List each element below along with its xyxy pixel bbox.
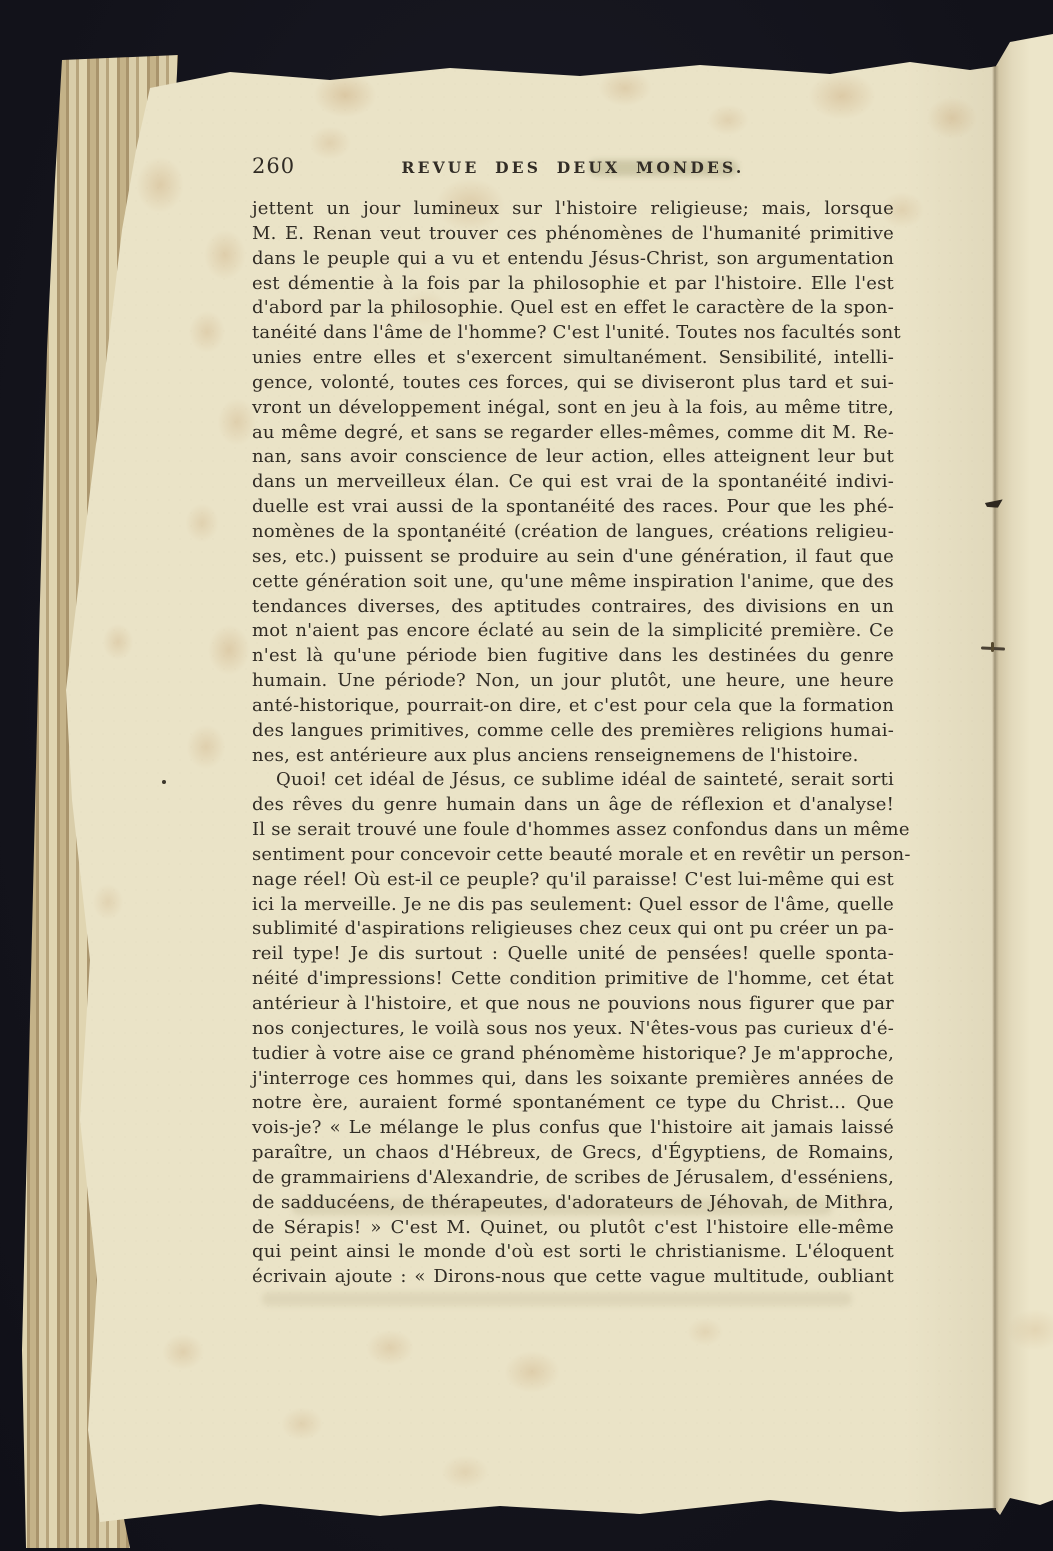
text-line: ses, etc.) puissent se produire au sein … (252, 545, 894, 570)
body-text: jettent un jour lumineux sur l'histoire … (252, 197, 894, 1290)
paragraph: Quoi! cet idéal de Jésus, ce sublime idé… (252, 768, 894, 1290)
text-line: gence, volonté, toutes ces forces, qui s… (252, 371, 894, 396)
gutter-crease (992, 66, 999, 1510)
journal-title: REVUE DES DEUX MONDES. (252, 158, 894, 177)
show-through-smudge (262, 1292, 852, 1306)
text-line: anté-historique, pourrait-on dire, et c'… (252, 694, 894, 719)
text-line: nos conjectures, le voilà sous nos yeux.… (252, 1017, 894, 1042)
text-line: vois-je? « Le mélange le plus confus que… (252, 1116, 894, 1141)
text-line: dans le peuple qui a vu et entendu Jésus… (252, 247, 894, 272)
text-line: sublimité d'aspirations religieuses chez… (252, 917, 894, 942)
text-line: jettent un jour lumineux sur l'histoire … (252, 197, 894, 222)
text-line: vront un développement inégal, sont en j… (252, 396, 894, 421)
text-line: de Sérapis! » C'est M. Quinet, ou plutôt… (252, 1216, 894, 1241)
text-line: Quoi! cet idéal de Jésus, ce sublime idé… (252, 768, 894, 793)
running-header: 260 REVUE DES DEUX MONDES. (252, 152, 894, 182)
text-line: M. E. Renan veut trouver ces phénomènes … (252, 222, 894, 247)
text-line: nan, sans avoir conscience de leur actio… (252, 445, 894, 470)
text-line: paraître, un chaos d'Hébreux, de Grecs, … (252, 1141, 894, 1166)
text-line: tanéité dans l'âme de l'homme? C'est l'u… (252, 321, 894, 346)
text-line: notre ère, auraient formé spontanément c… (252, 1091, 894, 1116)
page-content: 260 REVUE DES DEUX MONDES. jettent un jo… (252, 152, 894, 182)
text-line: n'est là qu'une période bien fugitive da… (252, 644, 894, 669)
paragraph: jettent un jour lumineux sur l'histoire … (252, 197, 894, 768)
text-line: mot n'aient pas encore éclaté au sein de… (252, 619, 894, 644)
text-line: duelle est vrai aussi de la spontanéité … (252, 495, 894, 520)
text-line: des rêves du genre humain dans un âge de… (252, 793, 894, 818)
text-line: Il se serait trouvé une foule d'hommes a… (252, 818, 894, 843)
text-line: néité d'impressions! Cette condition pri… (252, 967, 894, 992)
text-line: nage réel! Où est-il ce peuple? qu'il pa… (252, 868, 894, 893)
text-line: reil type! Je dis surtout : Quelle unité… (252, 942, 894, 967)
text-line: nomènes de la spontanéité (création de l… (252, 520, 894, 545)
photo-of-book-page: { "page_header": { "page_number": "260",… (0, 0, 1053, 1551)
text-line: j'interroge ces hommes qui, dans les soi… (252, 1067, 894, 1092)
text-line: tudier à votre aise ce grand phénomème h… (252, 1042, 894, 1067)
text-line: des langues primitives, comme celle des … (252, 719, 894, 744)
text-line: tendances diverses, des aptitudes contra… (252, 595, 894, 620)
text-line: d'abord par la philosophie. Quel est en … (252, 296, 894, 321)
text-line: antérieur à l'histoire, et que nous ne p… (252, 992, 894, 1017)
text-line: est démentie à la fois par la philosophi… (252, 272, 894, 297)
text-line: au même degré, et sans se regarder elles… (252, 421, 894, 446)
text-line: de grammairiens d'Alexandrie, de scribes… (252, 1166, 894, 1191)
text-line: dans un merveilleux élan. Ce qui est vra… (252, 470, 894, 495)
ink-mark (991, 642, 994, 652)
text-line: unies entre elles et s'exercent simultan… (252, 346, 894, 371)
text-line: de sadducéens, de thérapeutes, d'adorate… (252, 1191, 894, 1216)
text-line: sentiment pour concevoir cette beauté mo… (252, 843, 894, 868)
paper-speck (162, 780, 166, 784)
text-line: qui peint ainsi le monde d'où est sorti … (252, 1240, 894, 1265)
text-line: cette génération soit une, qu'une même i… (252, 570, 894, 595)
text-line: humain. Une période? Non, un jour plutôt… (252, 669, 894, 694)
text-line: écrivain ajoute : « Dirons-nous que cett… (252, 1265, 894, 1290)
text-line: nes, est antérieure aux plus anciens ren… (252, 744, 894, 769)
text-line: ici la merveille. Je ne dis pas seulemen… (252, 893, 894, 918)
